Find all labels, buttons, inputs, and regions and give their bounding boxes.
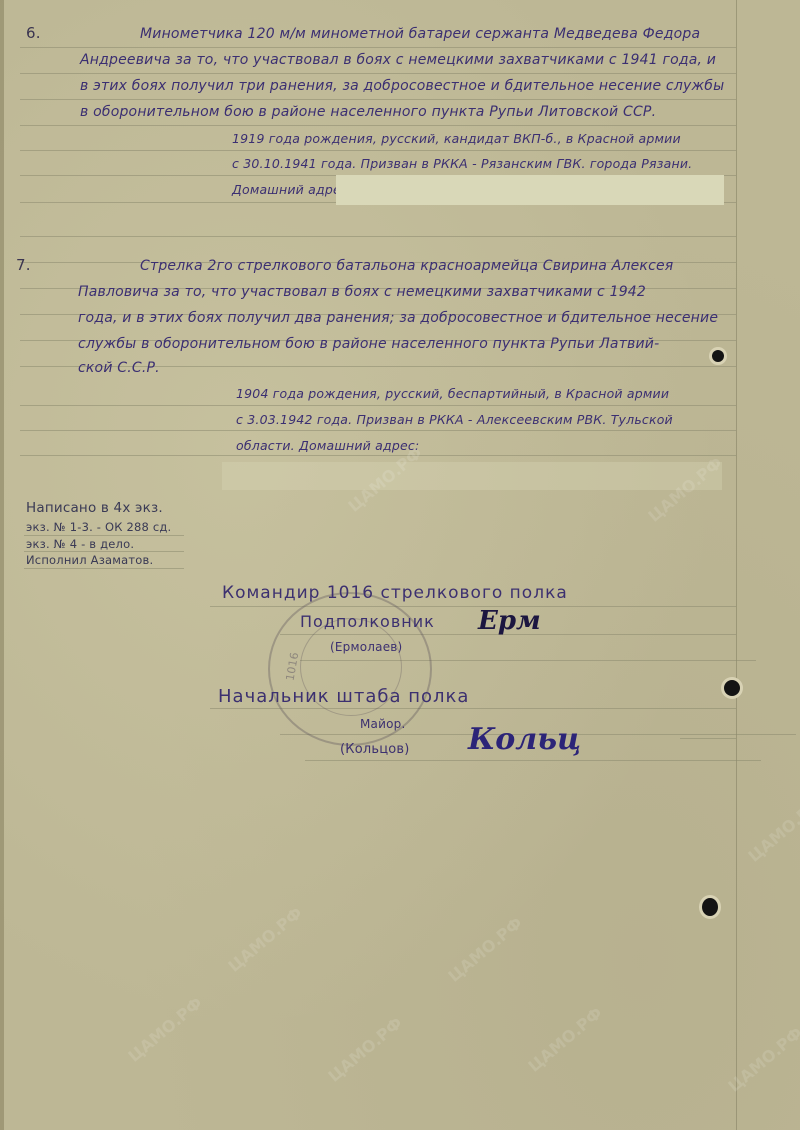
ruled-line	[20, 236, 736, 237]
archive-watermark: ЦАМО.РФ	[324, 1013, 405, 1086]
entry-6-line-2: Андреевича за то, что участвовал в боях …	[80, 52, 716, 68]
ruled-line	[305, 760, 761, 761]
ruled-line	[24, 535, 184, 536]
entry-6-line-3: в этих боях получил три ранения, за добр…	[80, 78, 724, 94]
right-margin-line	[736, 0, 737, 1130]
entry-7-line-5: ской С.С.Р.	[78, 360, 160, 376]
chief-of-staff-signature: Кольц	[468, 722, 581, 757]
archive-watermark: ЦАМО.РФ	[124, 993, 205, 1066]
entry-7-line-4: службы в оборонительном бою в районе нас…	[78, 336, 659, 352]
copies-1-3-note: экз. № 1-3. - ОК 288 сд.	[26, 520, 171, 534]
binder-hole	[724, 680, 740, 696]
entry-6-bio-1: 1919 года рождения, русский, кандидат ВК…	[232, 131, 681, 146]
page-left-edge	[0, 0, 4, 1130]
ruled-line	[24, 551, 184, 552]
archive-watermark: ЦАМО.РФ	[224, 903, 305, 976]
archive-watermark: ЦАМО.РФ	[744, 793, 800, 866]
binder-hole	[702, 898, 718, 916]
chief-of-staff-rank: Майор.	[360, 717, 405, 731]
copy-4-note: экз. № 4 - в дело.	[26, 537, 134, 551]
ruled-line	[24, 568, 184, 569]
entry-6-number: 6.	[26, 24, 41, 42]
entry-6-bio-2: с 30.10.1941 года. Призван в РККА - Ряза…	[232, 156, 692, 171]
binder-hole	[712, 350, 724, 362]
ruled-line	[20, 430, 736, 431]
redacted-address-block	[222, 462, 722, 490]
entry-7-bio-3: области. Домашний адрес:	[236, 438, 419, 453]
entry-7-line-1: Стрелка 2го стрелкового батальона красно…	[140, 258, 673, 274]
entry-7-line-3: года, и в этих боях получил два ранения;…	[78, 310, 718, 326]
executor-note: Исполнил Азаматов.	[26, 553, 153, 567]
ruled-line	[20, 455, 736, 456]
commander-signature: Ерм	[478, 606, 541, 636]
ruled-line	[210, 606, 736, 607]
entry-6-line-1: Минометчика 120 м/м минометной батареи с…	[140, 26, 700, 42]
chief-of-staff-name: (Кольцов)	[340, 742, 410, 757]
entry-7-number: 7.	[16, 256, 31, 274]
commander-title: Командир 1016 стрелкового полка	[222, 583, 568, 603]
ruled-line	[20, 47, 736, 48]
redacted-address-block	[336, 175, 724, 205]
entry-6-bio-3: Домашний адрес	[232, 182, 348, 197]
archive-watermark: ЦАМО.РФ	[524, 1003, 605, 1076]
entry-7-bio-1: 1904 года рождения, русский, беспартийны…	[236, 386, 669, 401]
ruled-line	[20, 125, 736, 126]
chief-of-staff-title: Начальник штаба полка	[218, 686, 469, 707]
ruled-line	[680, 738, 736, 739]
commander-rank: Подполковник	[300, 612, 435, 631]
ruled-line	[20, 150, 736, 151]
commander-name: (Ермолаев)	[330, 640, 402, 654]
ruled-line	[20, 405, 736, 406]
entry-7-bio-2: с 3.03.1942 года. Призван в РККА - Алекс…	[236, 412, 673, 427]
entry-7-line-2: Павловича за то, что участвовал в боях с…	[78, 284, 646, 300]
copies-note: Написано в 4х экз.	[26, 500, 163, 516]
entry-6-line-4: в оборонительном бою в районе населенног…	[80, 104, 656, 120]
archive-watermark: ЦАМО.РФ	[444, 913, 525, 986]
ruled-line	[20, 99, 736, 100]
archival-document-page: 6. Минометчика 120 м/м минометной батаре…	[0, 0, 800, 1130]
ruled-line	[20, 73, 736, 74]
